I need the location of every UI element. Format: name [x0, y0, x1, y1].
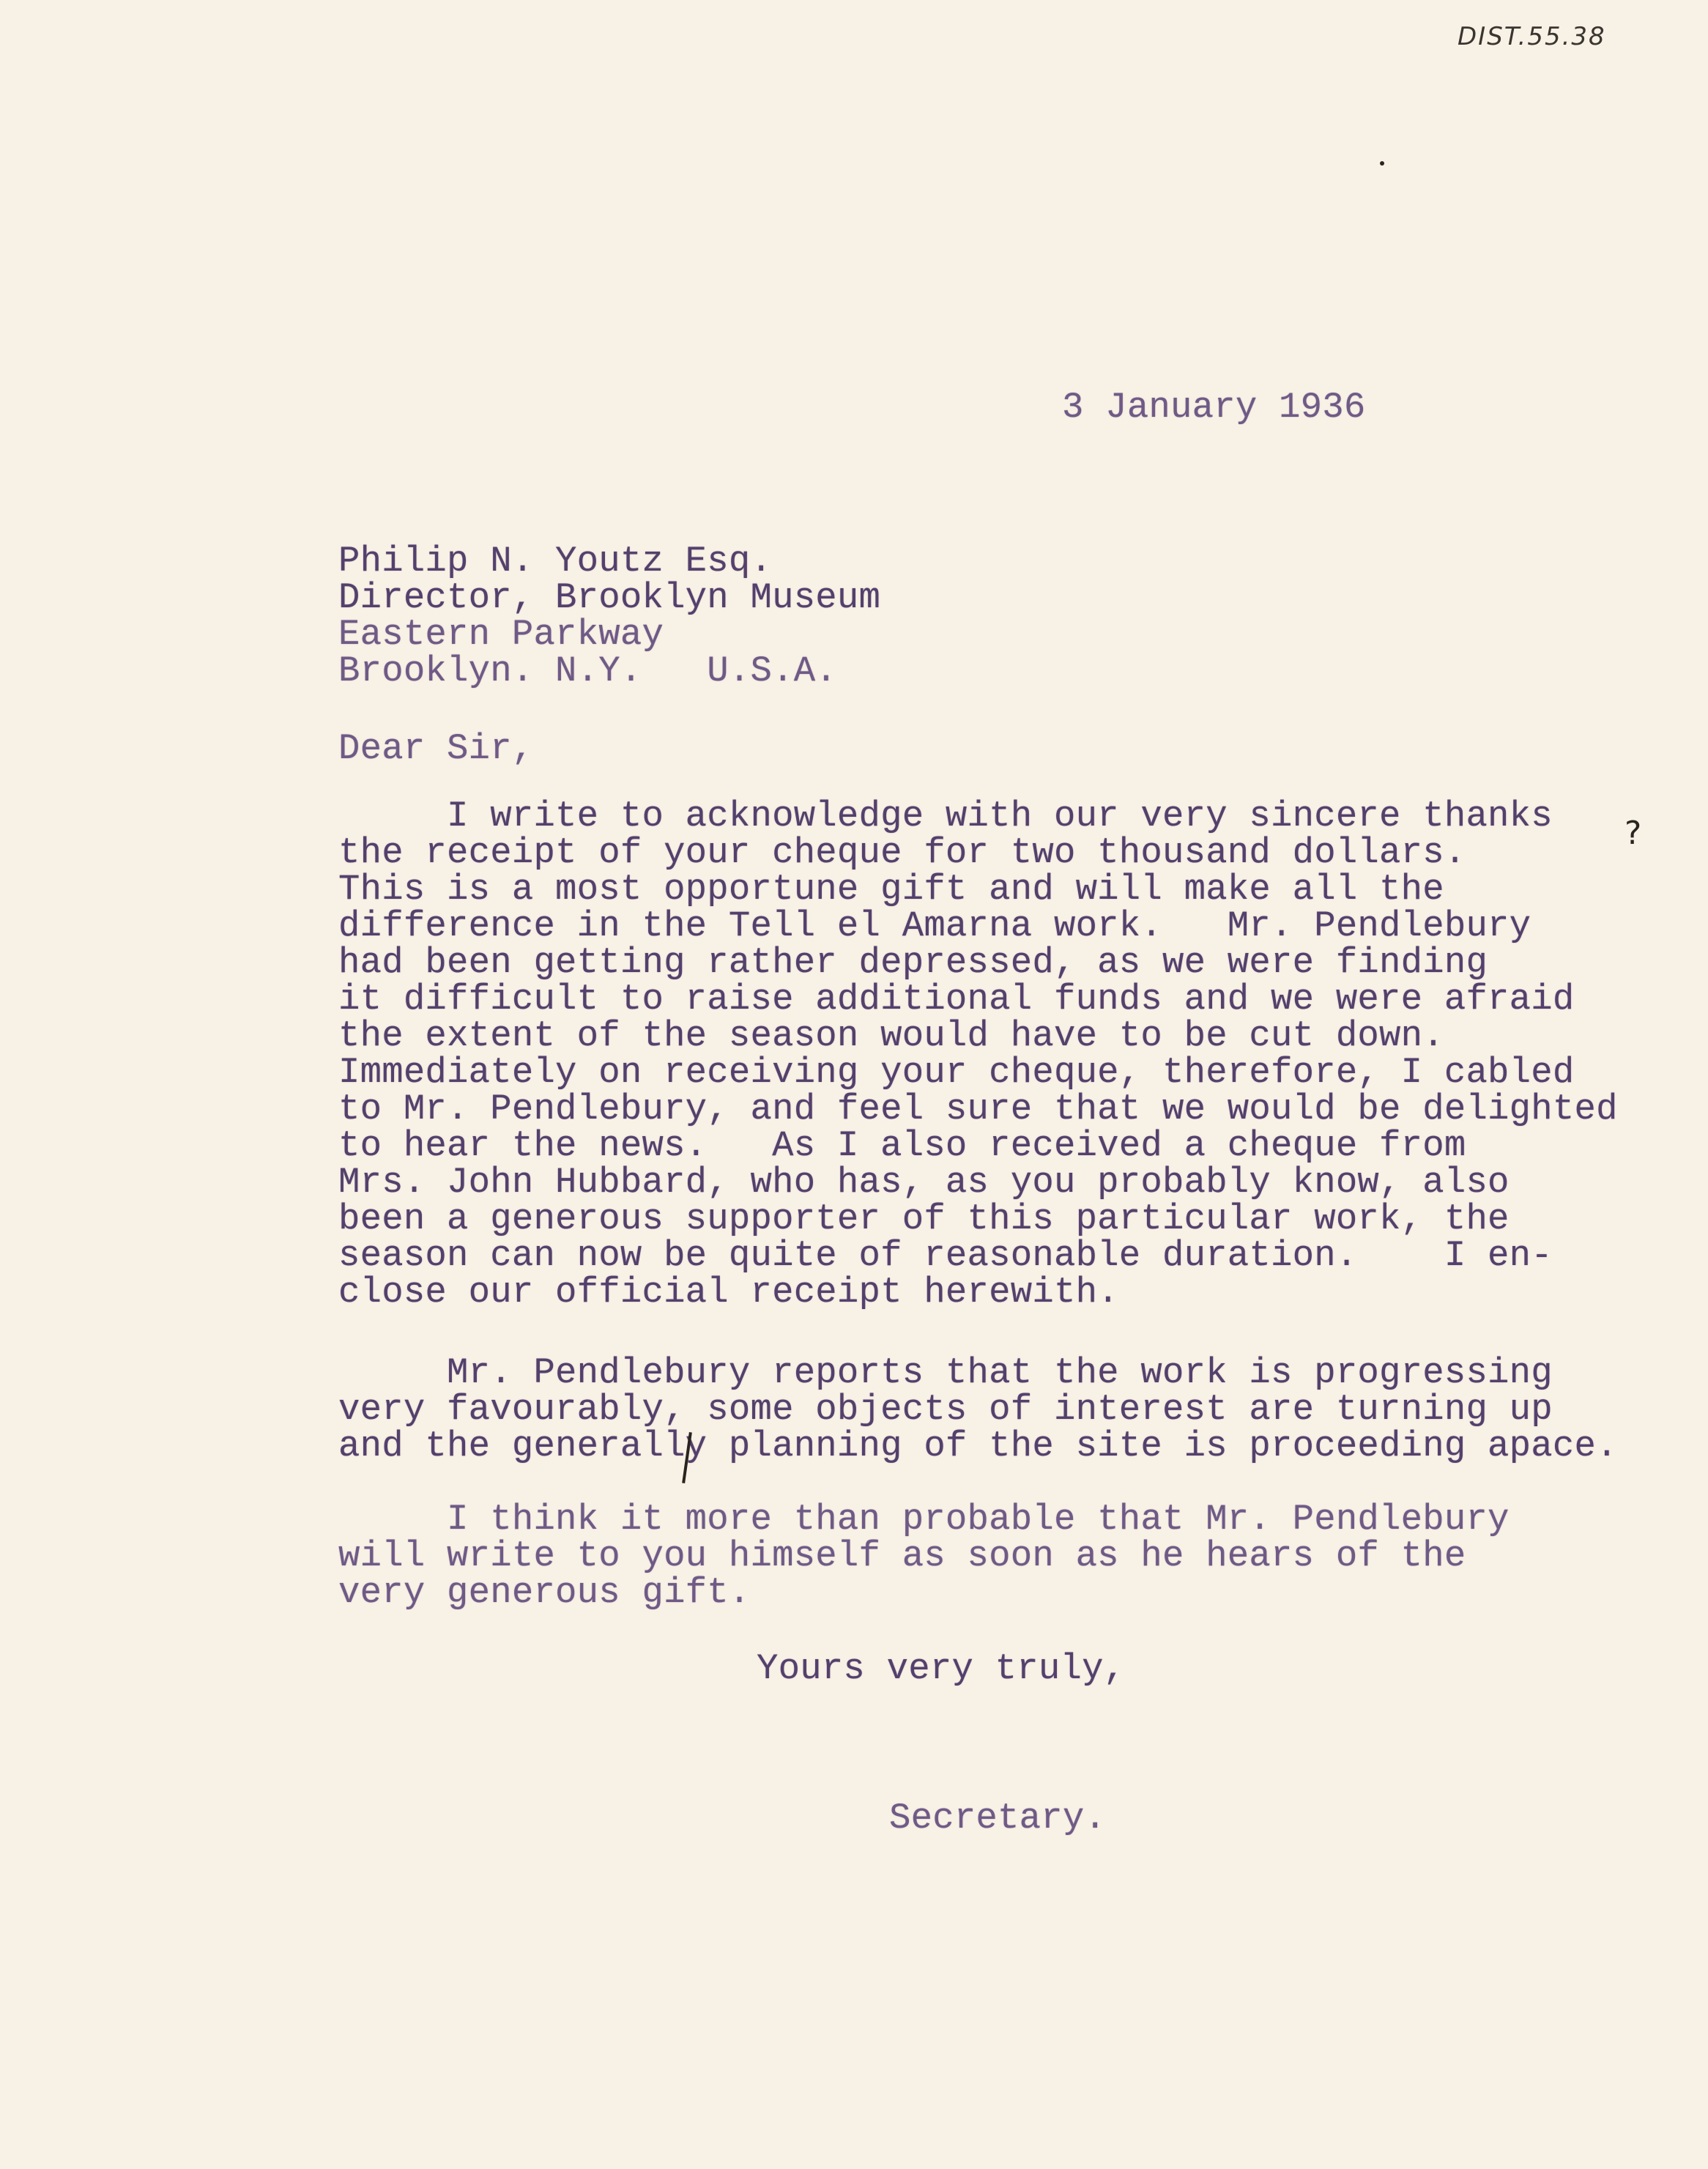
signature-title: Secretary.: [889, 1801, 1106, 1836]
address-line: Eastern Parkway: [338, 617, 664, 653]
body-line: close our official receipt herewith.: [338, 1275, 1119, 1310]
ink-dot: [1380, 161, 1384, 166]
body-line: This is a most opportune gift and will m…: [338, 872, 1444, 908]
body-line: I think it more than probable that Mr. P…: [338, 1502, 1510, 1538]
margin-query-mark: ?: [1625, 815, 1641, 852]
archive-reference: DIST.55.38: [1458, 22, 1606, 51]
address-line: Director, Brooklyn Museum: [338, 580, 880, 616]
body-line: had been getting rather depressed, as we…: [338, 945, 1488, 981]
address-line: Philip N. Youtz Esq.: [338, 544, 772, 579]
body-line: difference in the Tell el Amarna work. M…: [338, 908, 1531, 944]
body-line: will write to you himself as soon as he …: [338, 1538, 1466, 1574]
body-line: the receipt of your cheque for two thous…: [338, 835, 1466, 871]
body-line: I write to acknowledge with our very sin…: [338, 798, 1553, 834]
body-line: and the generally planning of the site i…: [338, 1428, 1618, 1464]
body-line: to hear the news. As I also received a c…: [338, 1128, 1466, 1164]
letter-date: 3 January 1936: [1062, 390, 1365, 426]
salutation: Dear Sir,: [338, 731, 533, 767]
body-line: been a generous supporter of this partic…: [338, 1201, 1510, 1237]
body-line: season can now be quite of reasonable du…: [338, 1238, 1553, 1274]
body-line: to Mr. Pendlebury, and feel sure that we…: [338, 1091, 1618, 1127]
closing: Yours very truly,: [757, 1651, 1125, 1687]
body-line: Immediately on receiving your cheque, th…: [338, 1055, 1574, 1091]
body-line: very generous gift.: [338, 1575, 751, 1611]
address-line: Brooklyn. N.Y. U.S.A.: [338, 653, 837, 689]
body-line: Mr. Pendlebury reports that the work is …: [338, 1355, 1553, 1391]
body-line: the extent of the season would have to b…: [338, 1018, 1444, 1054]
body-line: it difficult to raise additional funds a…: [338, 982, 1574, 1017]
body-line: very favourably, some objects of interes…: [338, 1392, 1553, 1428]
body-line: Mrs. John Hubbard, who has, as you proba…: [338, 1165, 1510, 1201]
